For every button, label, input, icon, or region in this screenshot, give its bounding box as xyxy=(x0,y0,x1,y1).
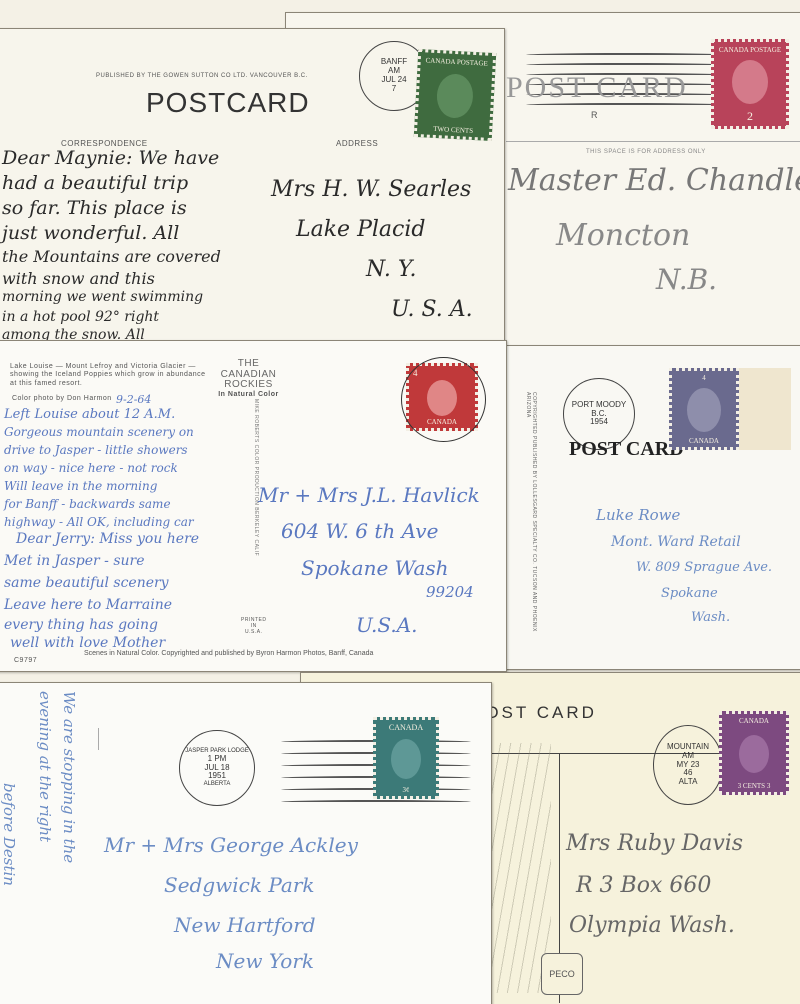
postcard-spokane-havlick: Lake Louise — Mount Lefroy and Victoria … xyxy=(0,340,507,672)
card-code: C9797 xyxy=(14,657,37,664)
address-line: Mr + Mrs George Ackley xyxy=(104,833,358,857)
message-line: same beautiful scenery xyxy=(4,575,169,591)
stamp-denomination: TWO CENTS xyxy=(433,125,473,135)
printed-line: U.S.A. xyxy=(241,629,266,635)
postmark-circle xyxy=(401,357,486,442)
message-line: Met in Jasper - sure xyxy=(4,553,145,569)
stamp-sheet-margin xyxy=(736,368,791,450)
series-title: THE CANADIAN ROCKIES In Natural Color xyxy=(211,359,286,398)
message-line: with snow and this xyxy=(2,269,155,288)
message-line: before Destin xyxy=(0,783,18,886)
stamp-country: CANADA POSTAGE xyxy=(425,56,488,67)
message-line: Leave here to Marraine xyxy=(4,597,172,613)
address-line: 99204 xyxy=(426,583,474,601)
address-line: Mr + Mrs J.L. Havlick xyxy=(258,483,480,507)
divider xyxy=(506,141,800,142)
postmark-province: ALBERTA xyxy=(204,781,231,788)
message-line: every thing has going xyxy=(4,617,158,633)
message-line: evening at the right xyxy=(36,691,54,842)
address-line: Mrs H. W. Searles xyxy=(271,177,471,202)
stamp-george-3c: CANADA 3 CENTS 3 xyxy=(719,711,789,795)
stamp-portrait-icon xyxy=(687,388,721,432)
footer-copyright: Scenes in Natural Color. Copyrighted and… xyxy=(84,650,373,657)
address-line: R 3 Box 660 xyxy=(576,873,711,898)
postcard-new-hartford: JASPER PARK LODGE 1 PM JUL 18 1951 ALBER… xyxy=(0,682,492,1004)
postmark-mountain: MOUNTAIN AM MY 23 46 ALTA xyxy=(653,725,723,805)
address-line: W. 809 Sprague Ave. xyxy=(636,560,772,575)
address-line: Lake Placid xyxy=(296,217,425,242)
address-line: Mont. Ward Retail xyxy=(611,534,741,550)
message-line: drive to Jasper - little showers xyxy=(4,443,188,457)
stamp-portrait-icon xyxy=(391,739,421,779)
postmark-year: 1951 xyxy=(208,772,226,781)
postcard-spokane-rowe: COPYRIGHTED PUBLISHED BY LOLLESGARD SPEC… xyxy=(500,345,800,670)
printed-in-usa: PRINTED IN U.S.A. xyxy=(241,617,266,635)
message-line: 9-2-64 xyxy=(116,393,151,406)
message-line: on way - nice here - not rock xyxy=(4,461,178,475)
message-line: morning we went swimming xyxy=(2,289,203,305)
address-line: N. Y. xyxy=(366,257,417,282)
stamp-country: CANADA xyxy=(389,723,423,732)
address-line: Luke Rowe xyxy=(596,506,680,524)
logo-text: PECO xyxy=(549,969,575,979)
address-line: Master Ed. Chandler xyxy=(508,163,800,198)
message-line: the Mountains are covered xyxy=(2,247,221,266)
address-line: U.S.A. xyxy=(356,613,418,637)
vertical-publisher-text: MIKE ROBERTS COLOR PRODUCTION BERKELEY C… xyxy=(253,399,259,639)
stamp-portrait-icon xyxy=(436,73,474,119)
message-line: Left Louise about 12 A.M. xyxy=(4,407,175,422)
stamp-portrait-icon xyxy=(739,735,769,773)
stamp-denomination: 3 CENTS 3 xyxy=(738,782,771,790)
message-line: highway - All OK, including car xyxy=(4,515,194,529)
series-title-line: THE xyxy=(211,359,286,370)
stamp-portrait-icon xyxy=(732,60,768,104)
address-line: N.B. xyxy=(656,263,717,296)
stamp-value: 2 xyxy=(747,109,753,124)
card-heading: POSTCARD xyxy=(146,87,310,119)
address-line: Spokane Wash xyxy=(301,556,449,580)
series-subtitle: In Natural Color xyxy=(211,391,286,398)
message-line: We are stopping in the xyxy=(60,691,78,863)
address-line: New York xyxy=(216,949,314,973)
peco-logo: PECO xyxy=(541,953,583,995)
address-line: Olympia Wash. xyxy=(569,913,735,938)
address-line: Mrs Ruby Davis xyxy=(566,831,743,856)
stamp-george-2c: CANADA POSTAGE TWO CENTS xyxy=(414,49,496,141)
card-heading: POST CARD xyxy=(506,71,688,105)
postmark-code: R xyxy=(591,110,598,120)
address-line: 604 W. 6 th Ave xyxy=(281,519,438,543)
address-line: New Hartford xyxy=(174,913,316,937)
message-line: just wonderful. All xyxy=(2,222,179,244)
address-note: THIS SPACE IS FOR ADDRESS ONLY xyxy=(586,149,706,155)
address-line: Sedgwick Park xyxy=(164,873,315,897)
stamp-country: CANADA xyxy=(689,437,719,445)
stamp-edward-2c: CANADA POSTAGE 2 xyxy=(711,39,789,129)
stamp-king-3c: CANADA 3¢ xyxy=(373,717,439,799)
message-line: for Banff - backwards same xyxy=(4,497,171,511)
address-line: Wash. xyxy=(691,610,730,625)
vertical-publisher-text: COPYRIGHTED PUBLISHED BY LOLLESGARD SPEC… xyxy=(525,392,537,632)
stamp-value: 4 xyxy=(702,374,706,382)
photo-credit: Color photo by Don Harmon xyxy=(12,395,112,402)
message-line: Dear Maynie: We have xyxy=(2,147,219,169)
address-line: Moncton xyxy=(556,218,690,253)
message-line: in a hot pool 92° right xyxy=(2,309,159,325)
postmark-year: 1954 xyxy=(590,418,608,427)
stamp-elizabeth-4c: 4 CANADA xyxy=(669,368,739,450)
message-line: Dear Jerry: Miss you here xyxy=(16,531,199,547)
postmark-hour: 7 xyxy=(392,85,396,94)
caption: Lake Louise — Mount Lefroy and Victoria … xyxy=(10,363,210,388)
postmark-jasper-park-lodge: JASPER PARK LODGE 1 PM JUL 18 1951 ALBER… xyxy=(179,730,255,806)
stamp-value: 3¢ xyxy=(403,786,410,794)
publisher-line: PUBLISHED BY THE GOWEN SUTTON CO LTD. VA… xyxy=(96,73,308,79)
stamp-country: CANADA POSTAGE xyxy=(719,46,781,54)
series-title-line: ROCKIES xyxy=(211,380,286,391)
address-line: Spokane xyxy=(661,586,718,601)
divider xyxy=(98,728,99,750)
message-line: Will leave in the morning xyxy=(4,479,157,493)
address-line: U. S. A. xyxy=(391,297,473,322)
message-line: had a beautiful trip xyxy=(2,172,188,194)
stamp-country: CANADA xyxy=(739,717,769,725)
address-label: ADDRESS xyxy=(336,139,378,148)
message-line: well with love Mother xyxy=(10,635,165,651)
postcard-lake-placid: PUBLISHED BY THE GOWEN SUTTON CO LTD. VA… xyxy=(0,28,505,343)
postmark-province: ALTA xyxy=(679,778,698,787)
message-line: Gorgeous mountain scenery on xyxy=(4,425,194,439)
card-heading: POST CARD xyxy=(569,438,684,461)
message-line: so far. This place is xyxy=(2,197,187,219)
